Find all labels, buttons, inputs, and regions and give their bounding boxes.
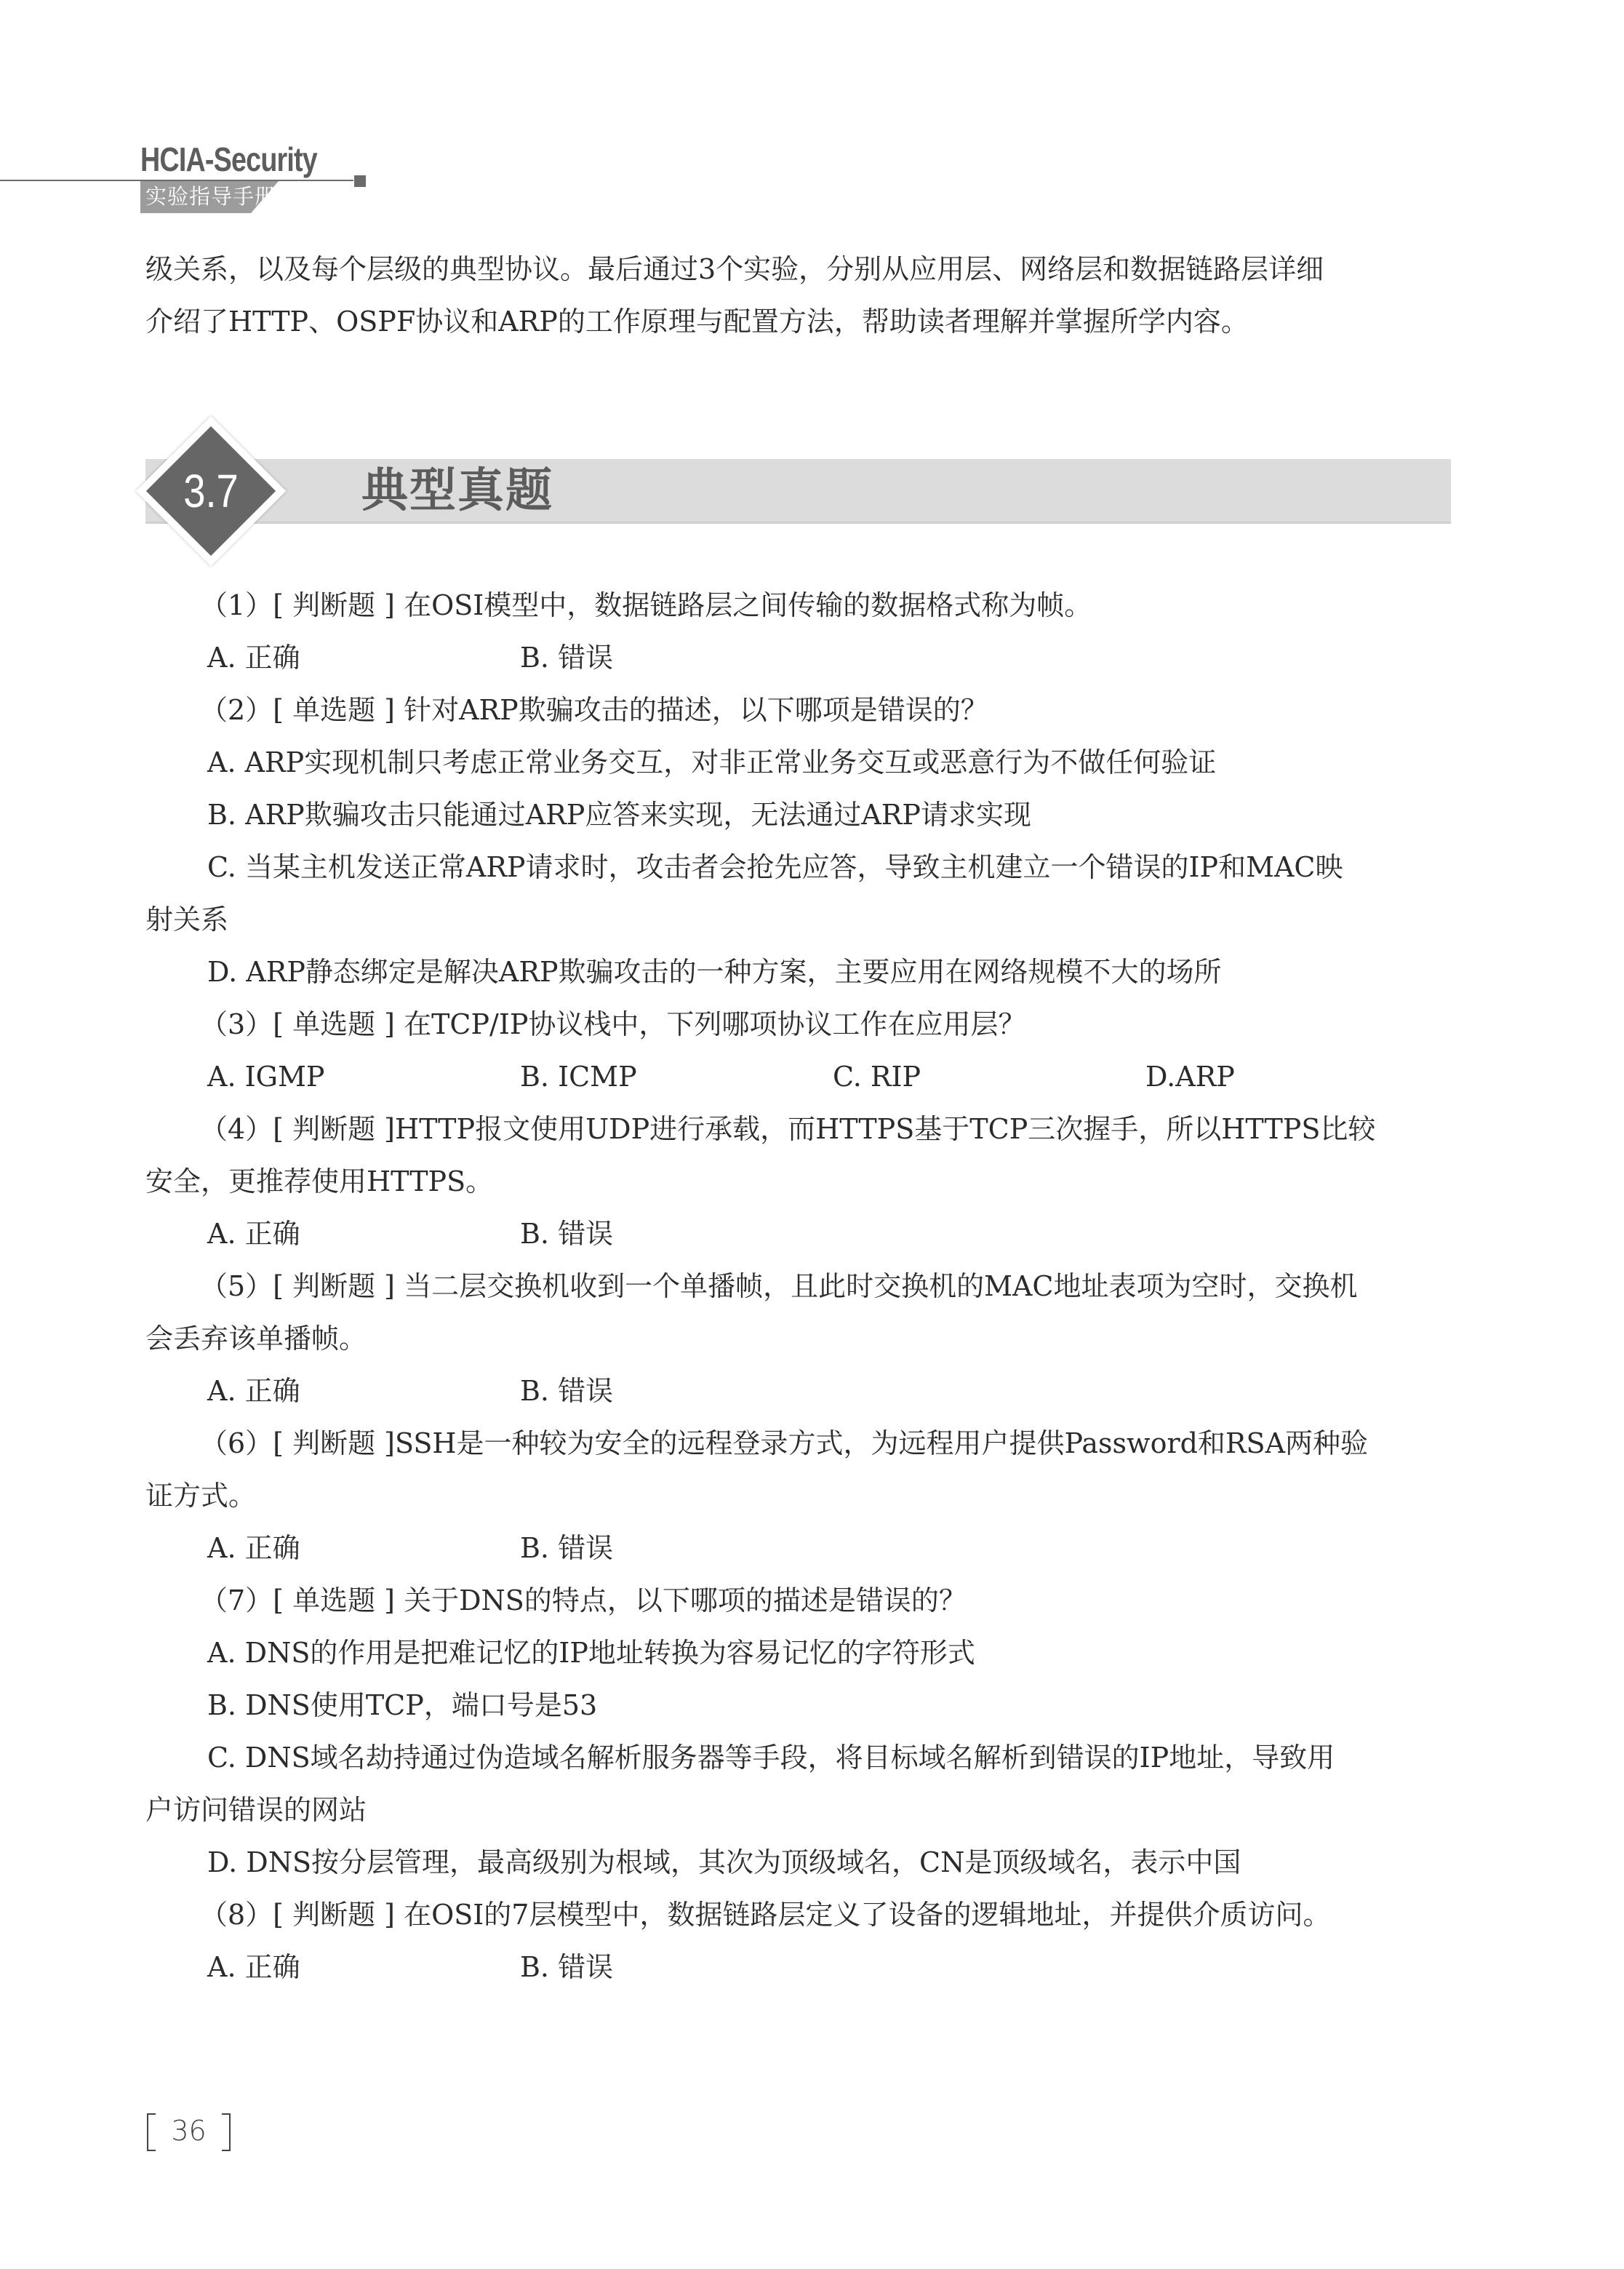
- question-stem: （3）[ 单选题 ] 在TCP/IP协议栈中，下列哪项协议工作在应用层？: [200, 1007, 1025, 1042]
- question-stem-continuation: 会丢弃该单播帧。: [145, 1321, 367, 1356]
- intro-line-1: 级关系，以及每个层级的典型协议。最后通过3个实验，分别从应用层、网络层和数据链路…: [145, 252, 1324, 287]
- page-number-value: 36: [147, 2115, 231, 2147]
- intro-line-2: 介绍了HTTP、OSPF协议和ARP的工作原理与配置方法，帮助读者理解并掌握所学…: [145, 304, 1249, 339]
- option-a: A. IGMP: [207, 1059, 324, 1094]
- option-a: A. DNS的作用是把难记忆的IP地址转换为容易记忆的字符形式: [207, 1635, 975, 1670]
- option-a: A. 正确: [207, 1950, 300, 1985]
- option-b: B. DNS使用TCP，端口号是53: [207, 1688, 597, 1723]
- option-b: B. 错误: [520, 640, 613, 675]
- question-stem: （7）[ 单选题 ] 关于DNS的特点，以下哪项的描述是错误的？: [200, 1583, 967, 1618]
- option-b: B. 错误: [520, 1531, 613, 1566]
- option-a: A. 正确: [207, 1216, 300, 1251]
- option-b: B. 错误: [520, 1950, 613, 1985]
- header-square-marker: [354, 175, 366, 187]
- book-subtitle: 实验指导手册: [145, 182, 276, 211]
- option-d: D.ARP: [1145, 1059, 1235, 1094]
- question-stem-continuation: 安全，更推荐使用HTTPS。: [145, 1164, 493, 1199]
- option-a: A. ARP实现机制只考虑正常业务交互，对非正常业务交互或恶意行为不做任何验证: [207, 745, 1216, 780]
- option-d: D. ARP静态绑定是解决ARP欺骗攻击的一种方案，主要应用在网络规模不大的场所: [207, 954, 1222, 989]
- section-heading-bar: [145, 459, 1451, 524]
- question-stem: （5）[ 判断题 ] 当二层交换机收到一个单播帧，且此时交换机的MAC地址表项为…: [200, 1269, 1358, 1304]
- option-c: C. 当某主机发送正常ARP请求时，攻击者会抢先应答，导致主机建立一个错误的IP…: [207, 850, 1343, 885]
- question-stem: （4）[ 判断题 ]HTTP报文使用UDP进行承载，而HTTPS基于TCP三次握…: [200, 1112, 1375, 1147]
- option-a: A. 正确: [207, 640, 300, 675]
- option-c-continuation: 射关系: [145, 902, 228, 937]
- book-brand: HCIA-Security: [140, 141, 317, 178]
- option-b: B. 错误: [520, 1216, 613, 1251]
- section-number: 3.7: [159, 460, 264, 522]
- option-c: C. DNS域名劫持通过伪造域名解析服务器等手段，将目标域名解析到错误的IP地址…: [207, 1740, 1335, 1775]
- header-rule: [0, 180, 353, 181]
- option-b: B. ICMP: [520, 1059, 637, 1094]
- option-c-continuation: 户访问错误的网站: [145, 1793, 367, 1827]
- question-stem-continuation: 证方式。: [145, 1478, 256, 1513]
- right-bracket: [222, 2113, 231, 2151]
- option-b: B. ARP欺骗攻击只能通过ARP应答来实现，无法通过ARP请求实现: [207, 797, 1031, 832]
- section-title: 典型真题: [361, 460, 553, 522]
- question-stem: （1）[ 判断题 ] 在OSI模型中，数据链路层之间传输的数据格式称为帧。: [200, 588, 1092, 623]
- question-stem: （2）[ 单选题 ] 针对ARP欺骗攻击的描述，以下哪项是错误的？: [200, 693, 988, 727]
- option-c: C. RIP: [833, 1059, 921, 1094]
- page-number: 36: [147, 2113, 231, 2150]
- running-header: HCIA-Security 实验指导手册: [0, 138, 378, 211]
- option-d: D. DNS按分层管理，最高级别为根域，其次为顶级域名，CN是顶级域名，表示中国: [207, 1845, 1241, 1880]
- question-stem: （6）[ 判断题 ]SSH是一种较为安全的远程登录方式，为远程用户提供Passw…: [200, 1426, 1368, 1461]
- question-stem: （8）[ 判断题 ] 在OSI的7层模型中，数据链路层定义了设备的逻辑地址，并提…: [200, 1897, 1330, 1932]
- option-a: A. 正确: [207, 1531, 300, 1566]
- option-a: A. 正确: [207, 1373, 300, 1408]
- option-b: B. 错误: [520, 1373, 613, 1408]
